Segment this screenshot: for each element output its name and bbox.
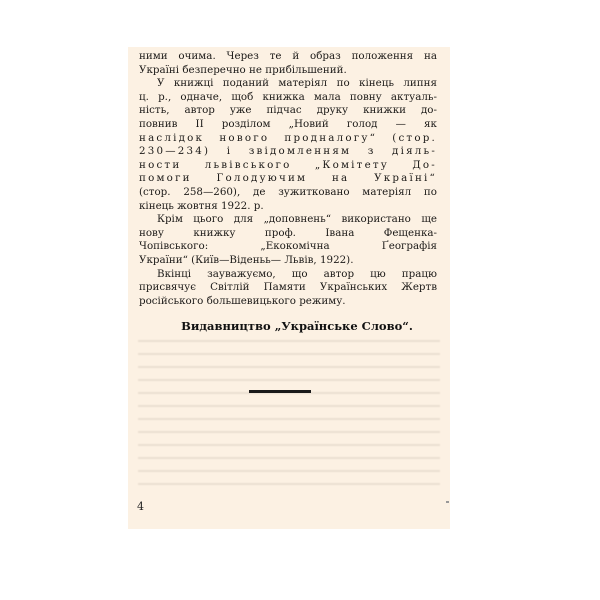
text-line: (стор. 258—260), де зужитковано матеріял… bbox=[139, 186, 437, 200]
page-number: 4 bbox=[137, 500, 144, 513]
text-line: Крім цього для „доповнень“ використано щ… bbox=[139, 213, 437, 227]
text-line: кінець жовтня 1922. р. bbox=[139, 200, 437, 214]
text-line: України“ (Київ—Віденьь— Львів, 1922). bbox=[139, 254, 437, 268]
body-text: ними очима. Через те й образ положення н… bbox=[139, 50, 437, 308]
scan-speck bbox=[446, 501, 449, 503]
text-line: помоги Голодуючим на Україні“ bbox=[139, 172, 437, 186]
text-line: російського большевицького режиму. bbox=[139, 295, 437, 309]
text-line: повнив II розділом „Новий голод — як bbox=[139, 118, 437, 132]
text-line: ність, автор уже підчас друку книжки до- bbox=[139, 104, 437, 118]
text-line: Чопівського: „Екокомічна Ґеографія bbox=[139, 240, 437, 254]
text-line: ц. р., одначе, щоб книжка мала повну акт… bbox=[139, 91, 437, 105]
decorative-rule bbox=[249, 390, 311, 393]
text-line: присвячує Світлій Памяти Українських Жер… bbox=[139, 281, 437, 295]
text-line: нову книжку проф. Івана Фещенка- bbox=[139, 227, 437, 241]
text-line: 230—234) і звідомленням з діяль- bbox=[139, 145, 437, 159]
text-line: Вкінці зауважуємо, що автор цю працю bbox=[139, 268, 437, 282]
text-line: ности львівського „Комітету До- bbox=[139, 159, 437, 173]
bleed-through-text bbox=[138, 340, 440, 500]
text-line: Україні безперечно не прибільшений. bbox=[139, 64, 437, 78]
text-line: У книжці поданий матеріял по кінець липн… bbox=[139, 77, 437, 91]
text-line: ними очима. Через те й образ положення н… bbox=[139, 50, 437, 64]
publisher-imprint: Видавництво „Українське Слово“. bbox=[128, 319, 450, 333]
text-line: наслідок нового продналогу“ (стор. bbox=[139, 132, 437, 146]
